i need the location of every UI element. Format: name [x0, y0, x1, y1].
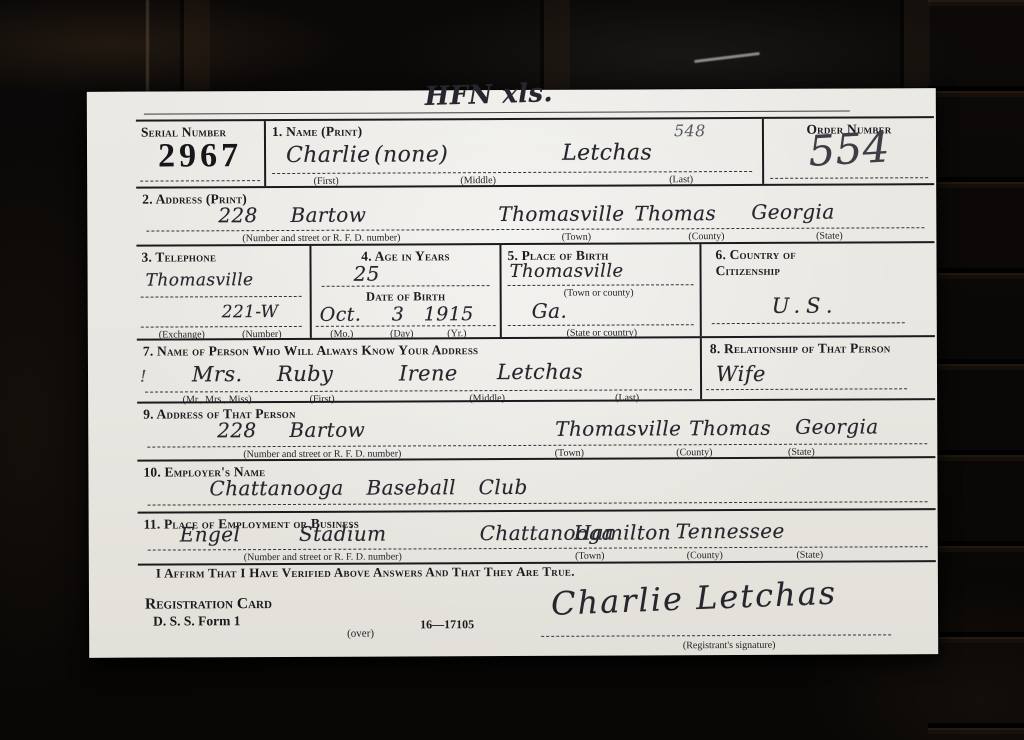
handwritten-citizenship-value: U.S.	[772, 294, 839, 318]
handwritten-contact-town: Thomasville	[555, 416, 681, 441]
order-number-line	[770, 177, 928, 179]
handwritten-birth-day: 3	[392, 303, 405, 325]
contact-address-section: 9. Address of That Person 228 Bartow Tho…	[137, 400, 935, 459]
serial-number-value: 2967	[136, 137, 264, 176]
relationship-section: 8. Relationship of That Person Wife	[700, 337, 935, 399]
wood-planks-right	[928, 0, 1024, 740]
handwritten-filing-note: HFN xls.	[424, 78, 553, 112]
handwritten-birthplace-town: Thomasville	[510, 261, 624, 282]
address-state-sublabel: (State)	[816, 231, 843, 242]
age-label: 4. Age in Years	[311, 248, 499, 265]
name-label: 1. Name (Print)	[272, 124, 362, 140]
handwritten-contact-middle: Irene	[399, 361, 458, 385]
registration-card: HFN xls. Serial Number 2967 1. Name (Pri…	[87, 88, 938, 658]
row-address: 2. Address (Print) 228 Bartow Thomasvill…	[136, 183, 934, 244]
relationship-label: 8. Relationship of That Person	[710, 340, 925, 356]
row-employer: 10. Employer's Name Chattanooga Baseball…	[137, 456, 935, 511]
handwritten-contact-title: Mrs.	[192, 362, 243, 386]
handwritten-contact-street: 228 Bartow	[217, 418, 365, 443]
row-employment-place: 11. Place of Employment or Business Enge…	[138, 508, 936, 565]
name-section: 1. Name (Print) Charlie (none) Letchas 5…	[264, 119, 764, 186]
registration-card-title: Registration Card	[145, 595, 272, 614]
handwritten-relationship-value: Wife	[716, 362, 766, 386]
handwritten-address-town: Thomasville	[498, 202, 624, 227]
handwritten-name-middle: (none)	[374, 142, 448, 167]
town-or-county-sublabel: (Town or county)	[564, 287, 634, 298]
birthplace-state-line	[508, 324, 694, 326]
address-section: 2. Address (Print) 228 Bartow Thomasvill…	[136, 185, 934, 244]
employment-street-sublabel: (Number and street or R. F. D. number)	[244, 551, 402, 563]
handwritten-employment-state: Tennessee	[676, 519, 785, 543]
date-write-line	[316, 325, 496, 327]
contact-person-section: 7. Name of Person Who Will Always Know Y…	[137, 338, 700, 401]
serial-number-section: Serial Number 2967	[136, 121, 264, 187]
birthplace-town-line	[508, 284, 694, 286]
relationship-line	[706, 388, 907, 390]
employment-town-sublabel: (Town)	[575, 551, 604, 562]
order-number-value: 554	[763, 120, 936, 179]
address-county-sublabel: (County)	[688, 231, 724, 242]
handwritten-contact-state: Georgia	[795, 414, 878, 438]
handwritten-birth-month: Oct.	[320, 304, 362, 326]
citizenship-line	[712, 322, 905, 324]
handwritten-birthplace-state: Ga.	[532, 299, 568, 323]
over-note: (over)	[347, 628, 374, 640]
telephone-section: 3. Telephone Thomasville 221-W (Exchange…	[136, 246, 309, 339]
birthplace-section: 5. Place of Birth Thomasville (Town or c…	[499, 244, 699, 337]
handwritten-address-county: Thomas	[634, 201, 716, 225]
signature-line	[541, 634, 891, 637]
handwritten-age-value: 25	[354, 262, 380, 286]
top-rule-line	[144, 111, 850, 115]
dss-form-number: D. S. S. Form 1	[153, 613, 240, 629]
contact-write-line	[145, 389, 692, 392]
telephone-number-line	[141, 326, 302, 328]
address-street-sublabel: (Number and street or R. F. D. number)	[242, 232, 400, 244]
handwritten-contact-last: Letchas	[497, 360, 583, 384]
employment-state-sublabel: (State)	[796, 550, 823, 561]
handwritten-employer-value: Chattanooga Baseball Club	[209, 475, 527, 500]
pencil-note-548: 548	[674, 121, 706, 140]
employer-section: 10. Employer's Name Chattanooga Baseball…	[137, 458, 935, 511]
handwritten-address-state: Georgia	[751, 200, 834, 224]
age-write-line	[322, 285, 490, 287]
employment-county-sublabel: (County)	[687, 550, 723, 561]
row-serial-name-order: Serial Number 2967 1. Name (Print) Charl…	[136, 116, 934, 186]
telephone-label: 3. Telephone	[141, 249, 216, 265]
affirmation-statement: I Affirm That I Have Verified Above Answ…	[156, 564, 575, 582]
handwritten-name-last: Letchas	[562, 140, 652, 165]
row-telephone-age-birth-citizenship: 3. Telephone Thomasville 221-W (Exchange…	[136, 241, 934, 338]
employment-section: 11. Place of Employment or Business Enge…	[138, 510, 936, 563]
handwritten-employment-county: Hamilton	[574, 520, 671, 544]
handwritten-address-street: 228 Bartow	[218, 203, 366, 228]
age-section: 4. Age in Years 25 Date of Birth Oct. 3 …	[309, 245, 499, 338]
signature-sublabel: (Registrant's signature)	[683, 640, 776, 651]
handwritten-contact-county: Thomas	[689, 416, 771, 440]
order-number-section: Order Number 554	[764, 118, 934, 184]
handwritten-telephone-number: 221-W	[222, 302, 279, 322]
registrant-signature: Charlie Letchas	[550, 574, 837, 623]
handwritten-contact-first: Ruby	[277, 362, 333, 386]
handwritten-name-first: Charlie	[286, 143, 371, 168]
handwritten-birth-year: 1915	[424, 303, 474, 325]
citizenship-label: 6. Country of Citizenship	[715, 247, 850, 279]
address-write-line	[146, 227, 924, 231]
serial-number-line	[140, 180, 260, 182]
handwritten-employment-street: Engel Stadium	[180, 522, 387, 547]
contact-label: 7. Name of Person Who Will Always Know Y…	[143, 342, 478, 359]
row-contact-relationship: 7. Name of Person Who Will Always Know Y…	[137, 335, 935, 401]
print-code: 16—17105	[420, 617, 474, 632]
wood-planks-top	[0, 0, 1024, 90]
address-town-sublabel: (Town)	[562, 232, 591, 243]
row-contact-address: 9. Address of That Person 228 Bartow Tho…	[137, 398, 935, 459]
handwritten-telephone-exchange: Thomasville	[146, 270, 254, 290]
telephone-exchange-line	[141, 296, 302, 298]
citizenship-section: 6. Country of Citizenship U.S.	[699, 243, 934, 336]
employer-line	[148, 501, 928, 505]
